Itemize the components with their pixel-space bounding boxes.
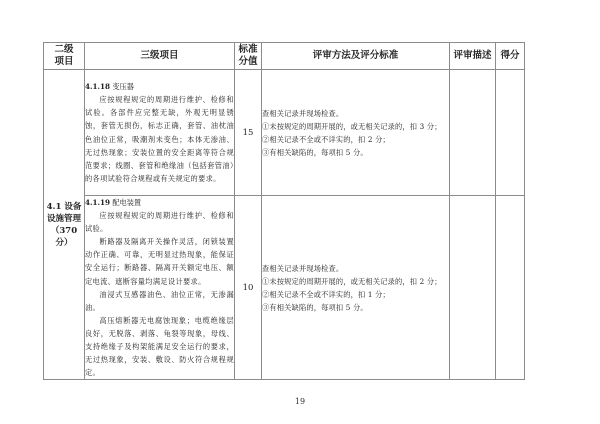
item-paragraph: 断路器及隔离开关操作灵活，闭锁装置动作正确、可靠，无明显过热现象，能保证安全运行…: [85, 235, 234, 287]
table-row: 4.1 设备 设施管理 （370 分） 4.1.18 变压器 应按规程规定的周期…: [44, 70, 525, 196]
level3-item-cell: 4.1.19 配电装置 应按规程规定的周期进行维护、检修和试验。 断路器及隔离开…: [85, 196, 235, 380]
method-line: ③有相关缺陷的，每项扣 5 分。: [262, 146, 449, 159]
header-level3-item: 三级项目: [85, 43, 235, 70]
method-line: ②相关记录不全或不详实的，扣 2 分；: [262, 133, 449, 146]
method-cell: 查相关记录并现场检查。 ①未按规定的周期开展的，或无相关记录的，扣 3 分； ②…: [262, 70, 450, 196]
evaluation-table: 二级 项目 三级项目 标准 分值 评审方法及评分标准 评审描述 得分 4.1 设…: [43, 42, 525, 380]
header-standard-score-line1: 标准: [238, 44, 257, 55]
header-level2-item: 二级 项目: [44, 43, 85, 70]
item-name: 变压器: [112, 82, 134, 91]
standard-score-cell: 10: [235, 196, 262, 380]
table-header-row: 二级 项目 三级项目 标准 分值 评审方法及评分标准 评审描述 得分: [44, 43, 525, 70]
level3-item-cell: 4.1.18 变压器 应按规程规定的周期进行维护、检修和试验。各部件应完整无缺，…: [85, 70, 235, 196]
header-level2-line2: 项目: [54, 56, 73, 67]
item-paragraph: 高压熔断器无电腐蚀现象；电缆绝缘层良好，无脱落、剥落、龟裂等现象，母线、支持绝缘…: [85, 314, 234, 379]
method-line: 查相关记录并现场检查。: [262, 107, 449, 120]
table-row: 4.1.19 配电装置 应按规程规定的周期进行维护、检修和试验。 断路器及隔离开…: [44, 196, 525, 380]
item-paragraph: 应按规程规定的周期进行维护、检修和试验。各部件应完整无缺，外观无明显锈蚀，套管无…: [85, 93, 234, 185]
score-cell[interactable]: [496, 70, 525, 196]
level2-item-line1: 4.1 设备: [47, 202, 82, 212]
description-cell[interactable]: [450, 70, 496, 196]
standard-score-cell: 15: [235, 70, 262, 196]
item-title: 4.1.18 变压器: [85, 80, 234, 93]
method-line: ①未按规定的周期开展的，或无相关记录的，扣 3 分；: [262, 120, 449, 133]
level2-item-cell: 4.1 设备 设施管理 （370 分）: [44, 70, 85, 380]
method-cell: 查相关记录并现场检查。 ①未按规定的周期开展的，或无相关记录的，扣 2 分； ②…: [262, 196, 450, 380]
item-number: 4.1.19: [85, 198, 110, 207]
header-standard-score-line2: 分值: [238, 56, 257, 67]
item-title: 4.1.19 配电装置: [85, 196, 234, 209]
item-number: 4.1.18: [85, 82, 110, 91]
header-description: 评审描述: [450, 43, 496, 70]
item-paragraph: 应按规程规定的周期进行维护、检修和试验。: [85, 209, 234, 235]
level2-item-line3: （370 分）: [51, 226, 77, 248]
header-method: 评审方法及评分标准: [262, 43, 450, 70]
method-line: ②相关记录不全或不详实的，扣 1 分；: [262, 288, 449, 301]
score-cell[interactable]: [496, 196, 525, 380]
method-line: 查相关记录并现场检查。: [262, 262, 449, 275]
item-paragraph: 油浸式互感器油色、油位正常，无渗漏油。: [85, 288, 234, 314]
method-line: ③有相关缺陷的，每项扣 5 分。: [262, 301, 449, 314]
document-page: 二级 项目 三级项目 标准 分值 评审方法及评分标准 评审描述 得分 4.1 设…: [0, 0, 600, 424]
level2-item-line2: 设施管理: [47, 214, 81, 224]
page-number: 19: [0, 397, 600, 406]
item-name: 配电装置: [112, 198, 141, 207]
header-score: 得分: [496, 43, 525, 70]
header-standard-score: 标准 分值: [235, 43, 262, 70]
description-cell[interactable]: [450, 196, 496, 380]
method-line: ①未按规定的周期开展的，或无相关记录的，扣 2 分；: [262, 275, 449, 288]
header-level2-line1: 二级: [54, 44, 73, 55]
